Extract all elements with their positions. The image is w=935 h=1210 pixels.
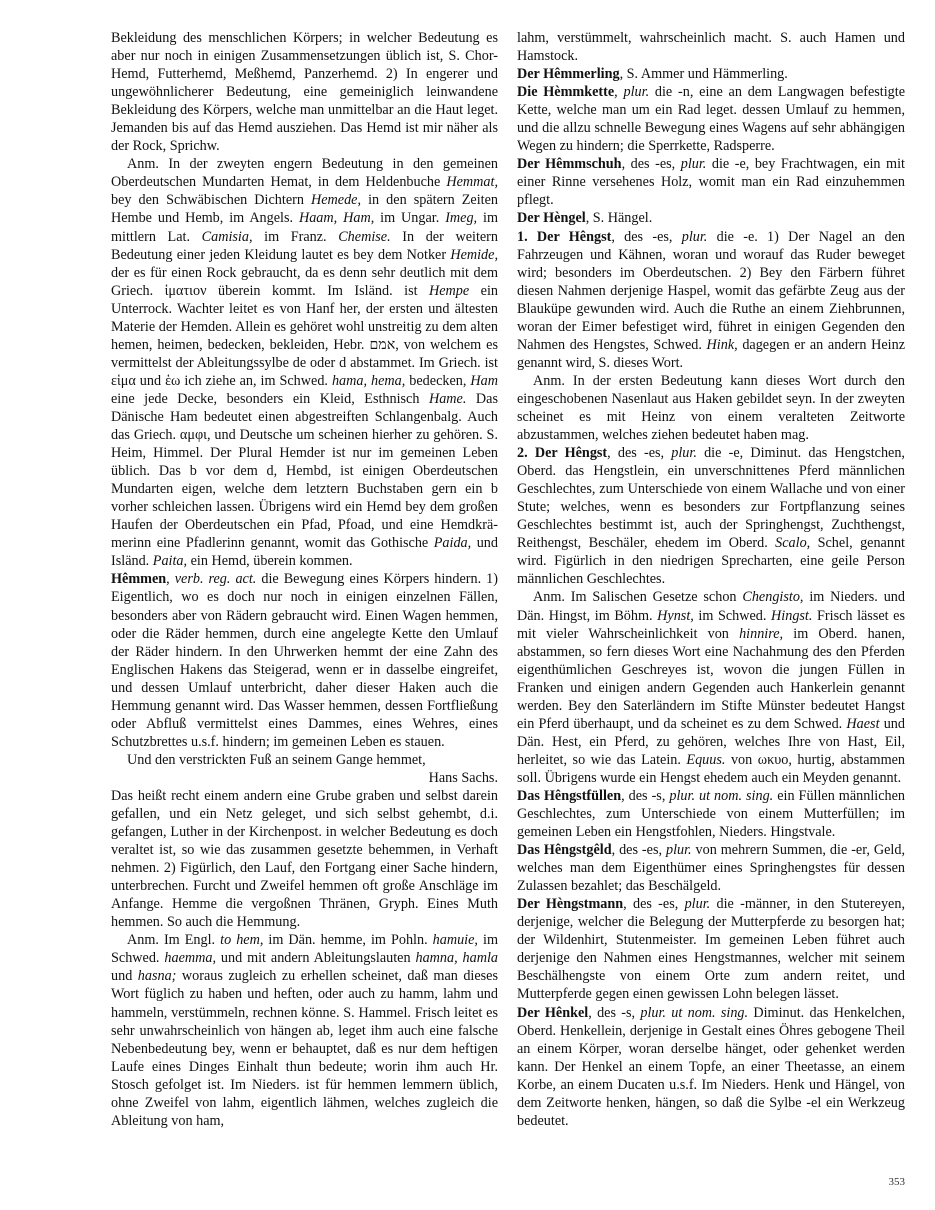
- headword: Das Hêngstgêld: [517, 842, 612, 858]
- text: und: [111, 968, 138, 984]
- italic-term: Imeg,: [445, 210, 477, 226]
- italic-term: Hink,: [707, 337, 738, 353]
- entry-hengstfuellen: Das Hêngstfüllen, des -s, plur. ut nom. …: [517, 787, 905, 841]
- italic-term: Hame.: [429, 391, 466, 407]
- paragraph-text: Das heißt recht einem andern eine Grube …: [111, 788, 498, 930]
- italic-term: hama, hema,: [332, 373, 405, 389]
- verse-author: Hans Sachs.: [111, 769, 498, 787]
- italic-term: haemma,: [164, 950, 216, 966]
- definition-text: Diminut. das Henkel­chen, Oberd. Henkell…: [517, 1005, 905, 1129]
- text: und mit andern Ableitungslauten: [216, 950, 415, 966]
- grammar-label: plur. ut nom. sing.: [669, 788, 773, 804]
- text: eine jede Decke, besonders ein Kleid, Es…: [111, 391, 429, 407]
- definition-text: , S. Ammer und Hämmerling.: [620, 66, 788, 82]
- text: im Franz.: [253, 229, 339, 245]
- annotation-hemmen-continued: lahm, verstümmelt, wahrscheinlich macht.…: [517, 29, 905, 65]
- italic-term: Hem­mat,: [446, 174, 498, 190]
- italic-term: Chemise.: [338, 229, 390, 245]
- italic-term: Paita,: [153, 553, 187, 569]
- headword: 1. Der Hêngst: [517, 229, 611, 245]
- annotation-hengst-1: Anm. In der ersten Bedeutung kann dieses…: [517, 372, 905, 444]
- italic-term: Hemede,: [311, 192, 361, 208]
- entry-hengstmann: Der Hèngstmann, des -es, plur. die -männ…: [517, 895, 905, 1003]
- italic-term: Hingst.: [771, 608, 812, 624]
- headword: Der Hêmmschuh: [517, 156, 622, 172]
- text: im Schwed.: [694, 608, 771, 624]
- text: Anm. Im Salischen Gesetze schon: [533, 589, 742, 605]
- text: ,: [614, 84, 623, 100]
- grammar-label: plur. ut nom. sing.: [640, 1005, 748, 1021]
- text: im Dän. hemme, im Pohln.: [263, 932, 432, 948]
- annotation-hemd: Anm. In der zweyten engern Bedeutung in …: [111, 155, 498, 570]
- italic-term: hamuie,: [433, 932, 478, 948]
- italic-term: Camisia,: [202, 229, 253, 245]
- annotation-hengst-2: Anm. Im Salischen Gesetze schon Chengist…: [517, 588, 905, 787]
- left-column: Bekleidung des menschlichen Körpers; in …: [111, 29, 498, 1130]
- italic-term: to hem,: [220, 932, 263, 948]
- grammar-label: verb. reg. act.: [175, 571, 257, 587]
- verse-line: Und den verstrickten Fuß an seinem Gange…: [127, 752, 426, 768]
- grammar-label: plur.: [624, 84, 650, 100]
- text: im Ungar.: [374, 210, 445, 226]
- headword: Das Hêngstfüllen: [517, 788, 621, 804]
- text: , des -es,: [612, 842, 666, 858]
- entry-hemmerling: Der Hêmmerling, S. Ammer und Hämmerling.: [517, 65, 905, 83]
- headword: Der Hênkel: [517, 1005, 588, 1021]
- italic-term: Hemide,: [450, 247, 498, 263]
- grammar-label: plur.: [666, 842, 692, 858]
- text: Anm. In der zweyten engern Bedeutung in …: [111, 156, 498, 190]
- italic-term: Haest: [846, 716, 879, 732]
- text: ein Hemd, überein kommen.: [187, 553, 352, 569]
- text: , des -s,: [588, 1005, 640, 1021]
- definition-text: die -e. 1) Der Nagel an den Fahrzeugen u…: [517, 229, 905, 353]
- text: , des -es,: [622, 156, 681, 172]
- page-number: 353: [889, 1173, 906, 1191]
- dictionary-page: Bekleidung des menschlichen Körpers; in …: [0, 0, 935, 1210]
- definition-text: , S. Hängel.: [586, 210, 653, 226]
- italic-term: Hempe: [429, 283, 469, 299]
- grammar-label: plur.: [671, 445, 697, 461]
- grammar-label: plur.: [682, 229, 708, 245]
- entry-hengst-2: 2. Der Hêngst, des -es, plur. die -e, Di…: [517, 444, 905, 588]
- entry-hemmen-continued: Das heißt recht einem andern eine Grube …: [111, 787, 498, 931]
- entry-continuation-hemd: Bekleidung des menschlichen Körpers; in …: [111, 29, 498, 155]
- verse-quote: Und den verstrickten Fuß an seinem Gange…: [111, 751, 498, 769]
- annotation-hemmen: Anm. Im Engl. to hem, im Dän. hemme, im …: [111, 931, 498, 1130]
- italic-term: Scalo,: [775, 535, 810, 551]
- text: Das Dänische Ham be­deutet einen abgestr…: [111, 391, 498, 551]
- paragraph-text: Anm. In der ersten Bedeutung kann dieses…: [517, 373, 905, 443]
- text: , des -s,: [621, 788, 669, 804]
- definition-text: die Bewegung eines Körpers hindern. 1) E…: [111, 571, 498, 749]
- grammar-label: plur.: [681, 156, 707, 172]
- paragraph-text: Bekleidung des menschlichen Körpers; in …: [111, 30, 498, 154]
- italic-term: Equus.: [686, 752, 725, 768]
- text: , des -es,: [611, 229, 681, 245]
- text: Anm. Im Engl.: [127, 932, 220, 948]
- headword: 2. Der Hêngst: [517, 445, 607, 461]
- text: ,: [166, 571, 175, 587]
- italic-term: Haam, Ham,: [299, 210, 374, 226]
- entry-hemmschuh: Der Hêmmschuh, des -es, plur. die -e, be…: [517, 155, 905, 209]
- text: , des -es,: [623, 896, 684, 912]
- headword: Die Hèmmkette: [517, 84, 614, 100]
- text: bedecken,: [405, 373, 470, 389]
- italic-term: hasna;: [138, 968, 177, 984]
- entry-henkel: Der Hênkel, des -s, plur. ut nom. sing. …: [517, 1004, 905, 1130]
- headword: Hêmmen: [111, 571, 166, 587]
- text: bey den Schwäbischen Dichtern: [111, 192, 311, 208]
- italic-term: Paida,: [434, 535, 471, 551]
- italic-term: hinnire,: [739, 626, 783, 642]
- entry-hemmkette: Die Hèmmkette, plur. die -n, eine an dem…: [517, 83, 905, 155]
- headword: Der Hèngel: [517, 210, 586, 226]
- headword: Der Hèngstmann: [517, 896, 623, 912]
- entry-hengstgeld: Das Hêngstgêld, des -es, plur. von mehre…: [517, 841, 905, 895]
- italic-term: Hynst,: [657, 608, 694, 624]
- headword: Der Hêmmerling: [517, 66, 620, 82]
- text: woraus zugleich zu erhellen scheinet, da…: [111, 968, 498, 1128]
- italic-term: hamna, hamla: [415, 950, 498, 966]
- right-column: lahm, verstümmelt, wahrscheinlich macht.…: [517, 29, 905, 1130]
- text: , des -es,: [607, 445, 671, 461]
- author-name: Hans Sachs.: [429, 770, 498, 786]
- grammar-label: plur.: [685, 896, 711, 912]
- entry-hengst-1: 1. Der Hêngst, des -es, plur. die -e. 1)…: [517, 228, 905, 372]
- entry-hemmen: Hêmmen, verb. reg. act. die Bewegung ein…: [111, 570, 498, 750]
- paragraph-text: lahm, verstümmelt, wahrscheinlich macht.…: [517, 30, 905, 64]
- entry-hengel: Der Hèngel, S. Hängel.: [517, 209, 905, 227]
- italic-term: Ham: [470, 373, 498, 389]
- italic-term: Chengisto,: [742, 589, 803, 605]
